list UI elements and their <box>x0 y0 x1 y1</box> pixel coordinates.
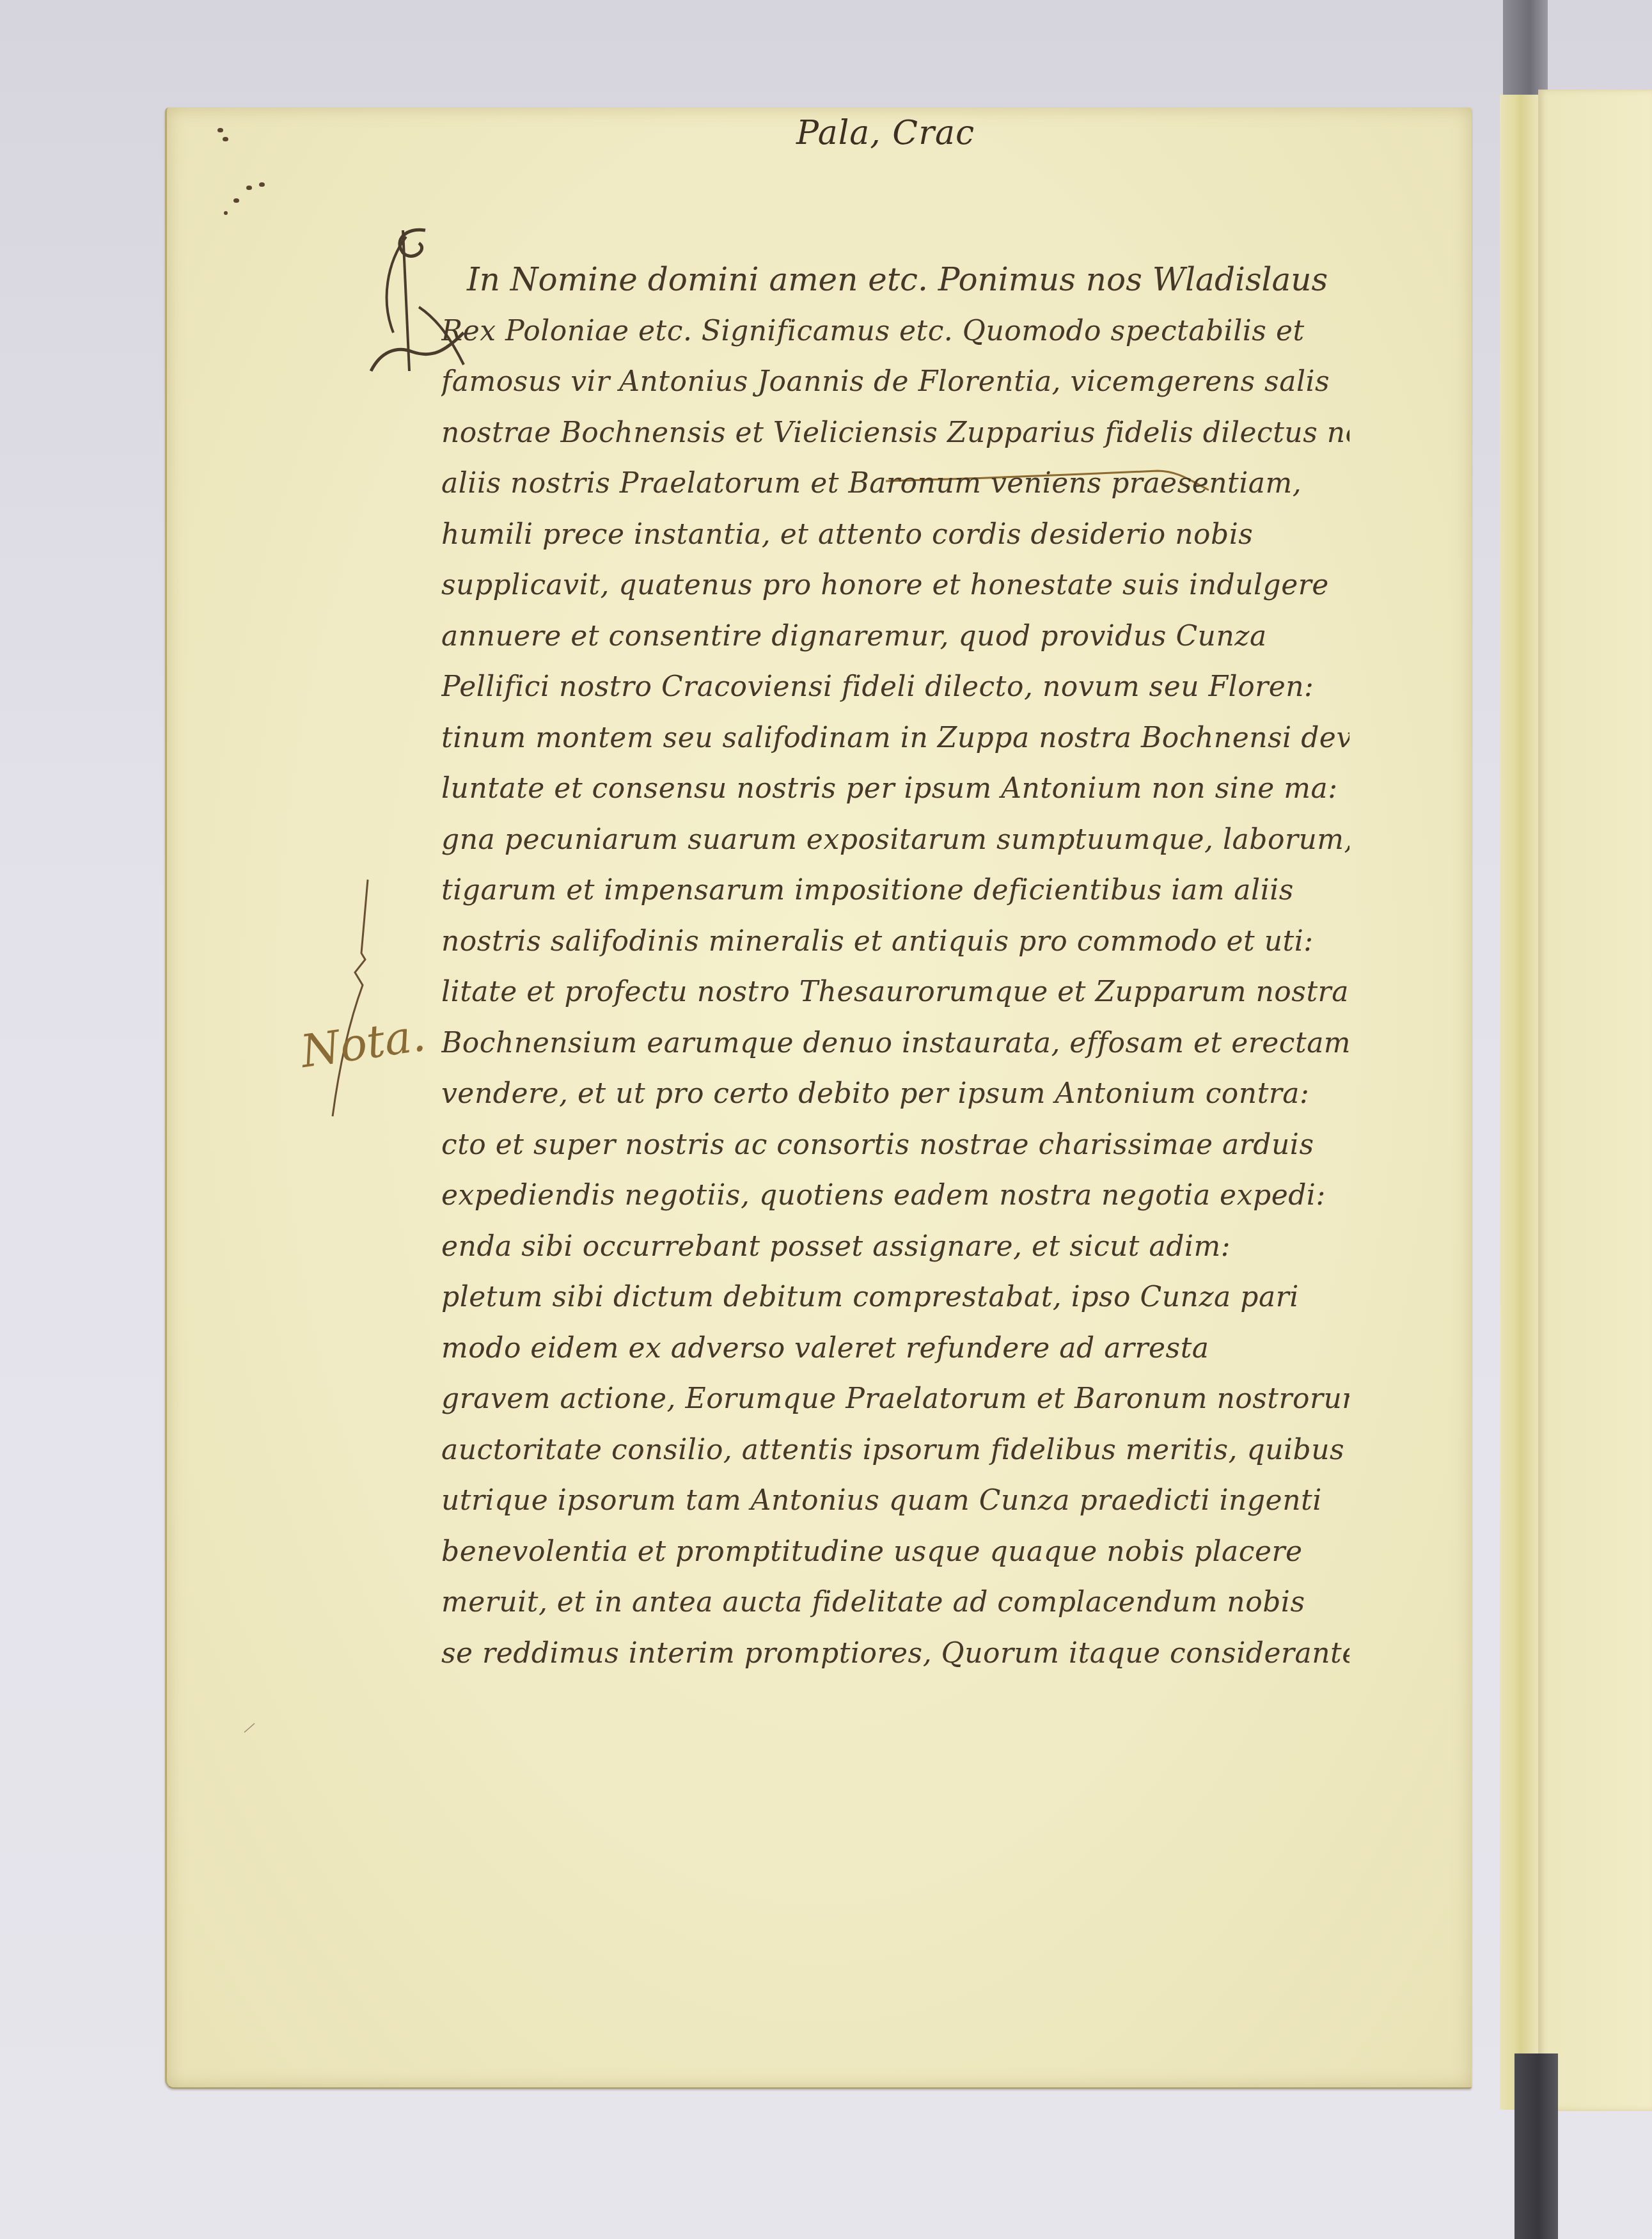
text-line: famosus vir Antonius Joannis de Florenti… <box>441 356 1349 407</box>
text-line: utrique ipsorum tam Antonius quam Cunza … <box>441 1475 1349 1526</box>
text-line: modo eidem ex adverso valeret refundere … <box>441 1323 1349 1374</box>
text-line: humili prece instantia, et attento cordi… <box>441 509 1349 560</box>
running-title: Pala, Crac <box>796 114 975 152</box>
text-line: Pellifici nostro Cracoviensi fideli dile… <box>441 661 1349 713</box>
text-line: benevolentia et promptitudine usque quaq… <box>441 1526 1349 1578</box>
text-line: litate et profectu nostro Thesaurorumque… <box>441 967 1349 1018</box>
text-line: auctoritate consilio, attentis ipsorum f… <box>441 1425 1349 1476</box>
facing-page-edge <box>1538 90 1652 2111</box>
gutter <box>1500 95 1538 2110</box>
ink-spots <box>205 122 269 211</box>
text-line: luntate et consensu nostris per ipsum An… <box>441 763 1349 814</box>
text-line: tigarum et impensarum impositione defici… <box>441 865 1349 916</box>
text-line: annuere et consentire dignaremur, quod p… <box>441 611 1349 662</box>
text-line: In Nomine domini amen etc. Ponimus nos W… <box>441 255 1349 306</box>
text-line: Rex Poloniae etc. Significamus etc. Quom… <box>441 306 1349 357</box>
text-line: gravem actione, Eorumque Praelatorum et … <box>441 1373 1349 1425</box>
text-line: meruit, et in antea aucta fidelitate ad … <box>441 1577 1349 1628</box>
text-line: aliis nostris Praelatorum et Baronum ven… <box>441 458 1349 509</box>
pencil-mark <box>243 1721 256 1734</box>
binding-tab-bottom <box>1514 2053 1558 2239</box>
text-line: cto et super nostris ac consortis nostra… <box>441 1119 1349 1171</box>
marginal-bracket <box>323 876 374 1119</box>
text-line: nostris salifodinis mineralis et antiqui… <box>441 916 1349 967</box>
text-line: supplicavit, quatenus pro honore et hone… <box>441 560 1349 611</box>
text-line: pletum sibi dictum debitum comprestabat,… <box>441 1272 1349 1323</box>
text-line: gna pecuniarum suarum expositarum sumptu… <box>441 814 1349 866</box>
text-line: enda sibi occurrebant posset assignare, … <box>441 1221 1349 1272</box>
text-line: expediendis negotiis, quotiens eadem nos… <box>441 1170 1349 1221</box>
text-line: nostrae Bochnensis et Vieliciensis Zuppa… <box>441 407 1349 459</box>
text-line: se reddimus interim promptiores, Quorum … <box>441 1628 1349 1679</box>
binding-tab-top <box>1503 0 1548 102</box>
manuscript-body: In Nomine domini amen etc. Ponimus nos W… <box>441 255 1349 1679</box>
text-line: tinum montem seu salifodinam in Zuppa no… <box>441 713 1349 764</box>
text-line: vendere, et ut pro certo debito per ipsu… <box>441 1068 1349 1119</box>
text-line: Bochnensium earumque denuo instaurata, e… <box>441 1018 1349 1069</box>
